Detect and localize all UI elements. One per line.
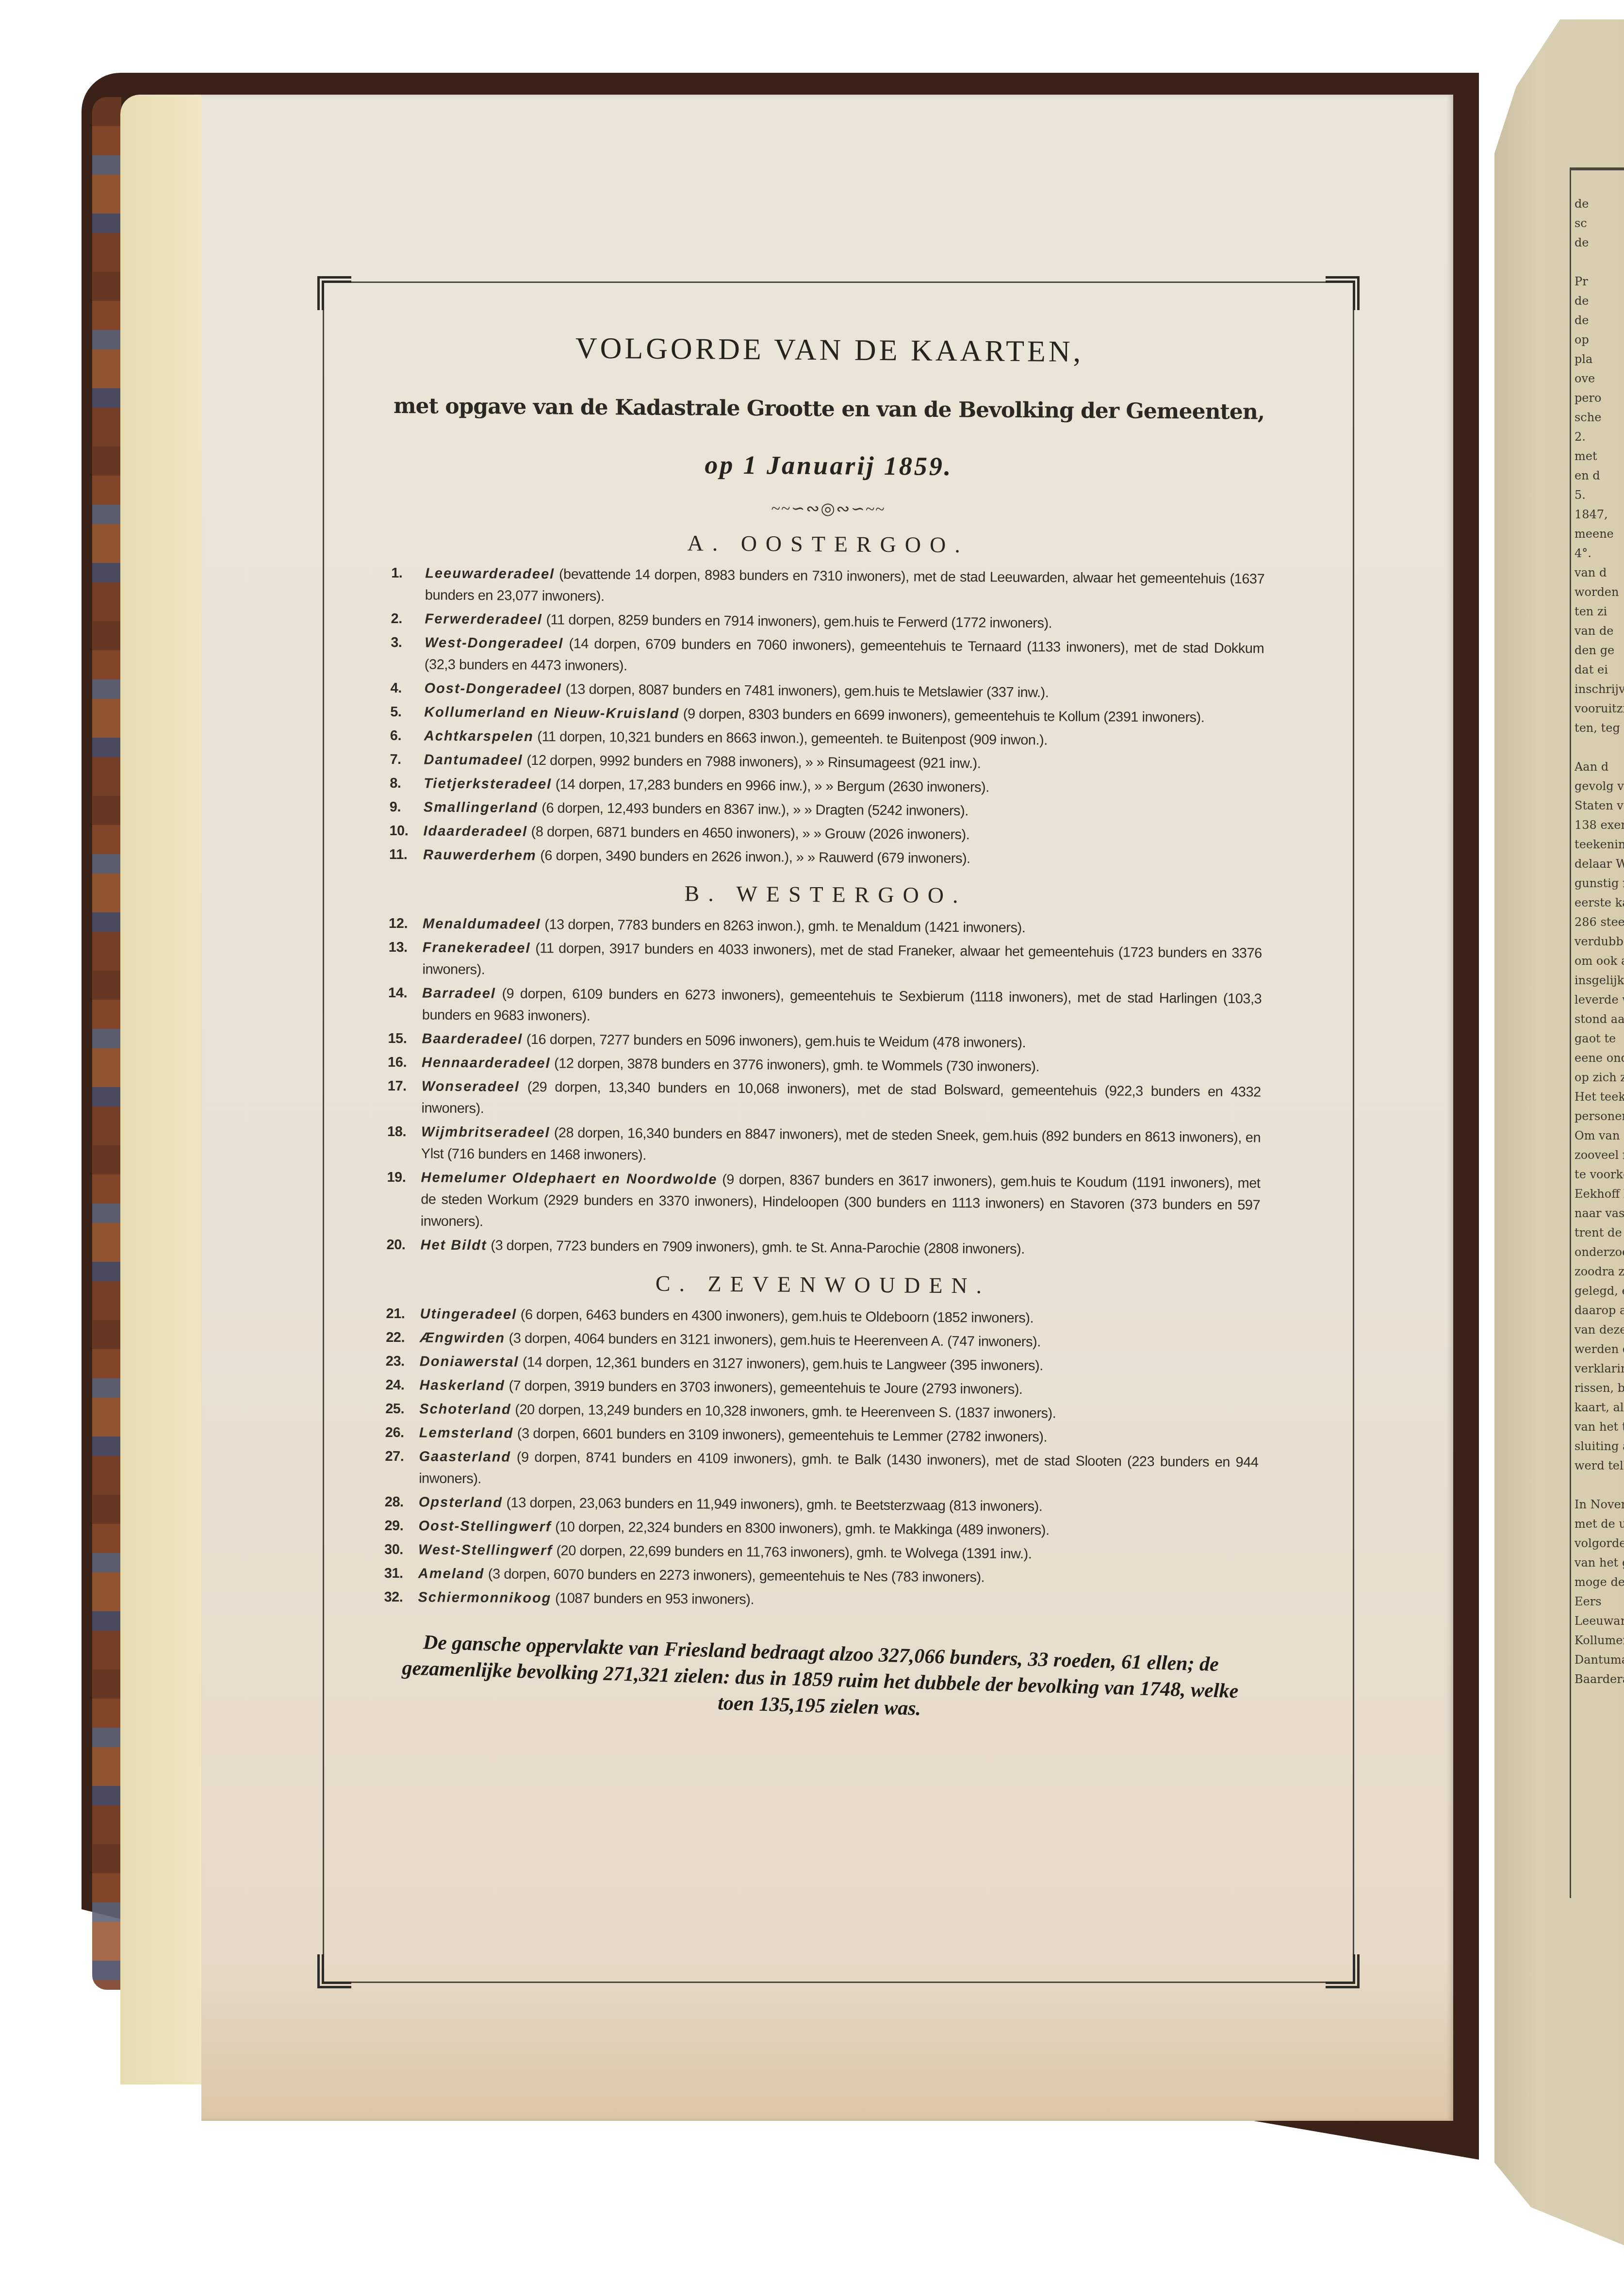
right-page-line: delaar W bbox=[1575, 854, 1624, 874]
entry-details: (12 dorpen, 9992 bunders en 7988 inwoner… bbox=[523, 753, 981, 772]
entry-body: Schoterland (20 dorpen, 13,249 bunders e… bbox=[419, 1398, 1259, 1426]
entry-number: 11. bbox=[389, 844, 423, 866]
entry-details: (7 dorpen, 3919 bunders en 3703 inwoners… bbox=[505, 1378, 1023, 1397]
entry-number: 12. bbox=[389, 913, 423, 935]
right-page-line: de bbox=[1575, 311, 1624, 330]
municipality-name: Menaldumadeel bbox=[423, 916, 541, 932]
summary-paragraph: De gansche oppervlakte van Friesland bed… bbox=[382, 1628, 1258, 1731]
entry-body: Lemsterland (3 dorpen, 6601 bunders en 3… bbox=[419, 1422, 1259, 1450]
right-page-line: onderzoek bbox=[1575, 1242, 1624, 1262]
entry-body: Leeuwarderadeel (bevattende 14 dorpen, 8… bbox=[425, 562, 1265, 612]
entry-body: Rauwerderhem (6 dorpen, 3490 bunders en … bbox=[423, 844, 1263, 872]
list-item: 26.Lemsterland (3 dorpen, 6601 bunders e… bbox=[385, 1422, 1259, 1450]
right-page-line: trent de e bbox=[1575, 1223, 1624, 1242]
entry-number: 22. bbox=[386, 1327, 420, 1349]
list-item: 11.Rauwerderhem (6 dorpen, 3490 bunders … bbox=[389, 844, 1263, 872]
right-page-line: Aan d bbox=[1575, 757, 1624, 777]
right-page-line: van het te bbox=[1575, 1417, 1624, 1437]
entry-details: (20 dorpen, 13,249 bunders en 10,328 inw… bbox=[511, 1402, 1056, 1421]
list-item: 21.Utingeradeel (6 dorpen, 6463 bunders … bbox=[386, 1303, 1259, 1331]
list-item: 16.Hennaarderadeel (12 dorpen, 3878 bund… bbox=[388, 1052, 1261, 1080]
entry-number: 1. bbox=[391, 562, 426, 606]
entry-body: Haskerland (7 dorpen, 3919 bunders en 37… bbox=[419, 1374, 1259, 1402]
right-page-line: de bbox=[1575, 291, 1624, 311]
municipality-name: Dantumadeel bbox=[424, 752, 523, 768]
municipality-name: Ængwirden bbox=[420, 1330, 505, 1346]
list-item: 1.Leeuwarderadeel (bevattende 14 dorpen,… bbox=[391, 562, 1265, 612]
right-page-line: om ook a bbox=[1575, 951, 1624, 971]
municipality-name: Gaasterland bbox=[419, 1449, 511, 1465]
right-page-line: vooruitzi bbox=[1575, 699, 1624, 718]
list-item: 28.Opsterland (13 dorpen, 23,063 bunders… bbox=[385, 1491, 1258, 1520]
municipality-name: Leeuwarderadeel bbox=[425, 565, 555, 582]
right-page-line: dat ei bbox=[1575, 660, 1624, 679]
right-page-line: pla bbox=[1575, 349, 1624, 369]
right-page-line: moge de volg bbox=[1575, 1572, 1624, 1592]
entry-number: 9. bbox=[390, 796, 424, 818]
entry-body: Oost-Stellingwerf (10 dorpen, 22,324 bun… bbox=[418, 1515, 1258, 1543]
right-page-line: sche bbox=[1575, 408, 1624, 427]
right-page-line: gelegd, en bbox=[1575, 1281, 1624, 1301]
right-page-line: naar vaste bbox=[1575, 1204, 1624, 1223]
right-page-line: 138 exen bbox=[1575, 815, 1624, 835]
entry-number: 2. bbox=[391, 608, 425, 630]
municipality-name: Rauwerderhem bbox=[423, 847, 537, 863]
entry-details: (3 dorpen, 7723 bunders en 7909 inwoners… bbox=[487, 1238, 1025, 1257]
right-page-line: gaot te bbox=[1575, 1029, 1624, 1048]
entry-number: 7. bbox=[390, 749, 424, 771]
entry-details: (16 dorpen, 7277 bunders en 5096 inwoner… bbox=[523, 1032, 1026, 1051]
right-page-line: van deze, bbox=[1575, 1320, 1624, 1339]
municipality-name: Het Bildt bbox=[420, 1237, 487, 1253]
entry-details: (13 dorpen, 8087 bunders en 7481 inwoner… bbox=[562, 681, 1049, 700]
right-page-line: met bbox=[1575, 446, 1624, 466]
right-page-line: eene onder bbox=[1575, 1048, 1624, 1068]
entry-number: 19. bbox=[387, 1167, 421, 1232]
list-item: 22.Ængwirden (3 dorpen, 4064 bunders en … bbox=[386, 1327, 1259, 1355]
entry-body: Oost-Dongeradeel (13 dorpen, 8087 bunder… bbox=[424, 677, 1263, 705]
right-page-line: Eers bbox=[1575, 1592, 1624, 1611]
municipality-name: Ameland bbox=[418, 1566, 485, 1582]
municipality-name: Baarderadeel bbox=[422, 1031, 523, 1047]
right-page-line: gevolg v bbox=[1575, 777, 1624, 796]
entry-body: Hennaarderadeel (12 dorpen, 3878 bunders… bbox=[422, 1052, 1261, 1079]
entry-number: 28. bbox=[385, 1491, 419, 1513]
right-page-line: eerste ka bbox=[1575, 893, 1624, 912]
right-page-line: 1847, bbox=[1575, 505, 1624, 524]
municipality-name: Haskerland bbox=[419, 1377, 505, 1393]
right-page-line: 286 steeg bbox=[1575, 912, 1624, 932]
list-item: 30.West-Stellingwerf (20 dorpen, 22,699 … bbox=[384, 1539, 1258, 1567]
right-page-line: gunstig m bbox=[1575, 874, 1624, 893]
frame-corner-ornament-icon bbox=[317, 1954, 351, 1988]
entry-number: 13. bbox=[388, 937, 423, 980]
right-page-line: personen, bbox=[1575, 1107, 1624, 1126]
right-page-line: Eekhoff be bbox=[1575, 1184, 1624, 1204]
right-page-line: zoodra ze bbox=[1575, 1262, 1624, 1281]
entry-number: 30. bbox=[384, 1539, 418, 1561]
list-item: 15.Baarderadeel (16 dorpen, 7277 bunders… bbox=[388, 1028, 1261, 1056]
entry-details: (9 dorpen, 8303 bunders en 6699 inwoners… bbox=[679, 706, 1204, 726]
entry-number: 14. bbox=[388, 982, 423, 1026]
entry-body: Schiermonnikoog (1087 bunders en 953 inw… bbox=[418, 1586, 1257, 1614]
divider-ornament-icon: ~~∽∾◎∾∽~~ bbox=[392, 496, 1265, 522]
entry-number: 21. bbox=[386, 1303, 420, 1325]
right-page-line: In Novem bbox=[1575, 1495, 1624, 1514]
right-page-line bbox=[1575, 738, 1624, 757]
municipality-name: Barradeel bbox=[422, 985, 496, 1001]
entry-body: Franekeradeel (11 dorpen, 3917 bunders e… bbox=[422, 937, 1262, 986]
entry-number: 4. bbox=[390, 677, 424, 699]
right-page-line: Dantumadeel bbox=[1575, 1650, 1624, 1669]
right-page-line: meene bbox=[1575, 524, 1624, 544]
municipality-name: Doniawerstal bbox=[420, 1354, 519, 1370]
entry-number: 16. bbox=[388, 1052, 422, 1074]
entry-number: 26. bbox=[385, 1422, 419, 1444]
right-page-line: Om van d bbox=[1575, 1126, 1624, 1145]
entry-details: (1087 bunders en 953 inwoners). bbox=[551, 1590, 754, 1607]
right-page-line: de bbox=[1575, 194, 1624, 214]
right-page-line: verklaringen bbox=[1575, 1359, 1624, 1378]
entry-body: Utingeradeel (6 dorpen, 6463 bunders en … bbox=[420, 1303, 1259, 1331]
municipality-name: West-Dongeradeel bbox=[425, 635, 563, 651]
entry-number: 3. bbox=[391, 632, 425, 676]
list-item: 8.Tietjerksteradeel (14 dorpen, 17,283 b… bbox=[390, 773, 1263, 801]
page-subtitle: met opgave van de Kadastrale Grootte en … bbox=[392, 394, 1265, 425]
list-item: 9.Smallingerland (6 dorpen, 12,493 bunde… bbox=[390, 796, 1263, 825]
right-page-line: werd telken bbox=[1575, 1456, 1624, 1475]
list-item: 14.Barradeel (9 dorpen, 6109 bunders en … bbox=[388, 982, 1262, 1032]
right-page-line: Kollumerland bbox=[1575, 1631, 1624, 1650]
entry-number: 6. bbox=[390, 725, 424, 747]
list-item: 13.Franekeradeel (11 dorpen, 3917 bunder… bbox=[388, 937, 1262, 987]
entry-details: (12 dorpen, 3878 bunders en 3776 inwoner… bbox=[550, 1056, 1039, 1074]
list-item: 23.Doniawerstal (14 dorpen, 12,361 bunde… bbox=[386, 1351, 1259, 1379]
entry-details: (9 dorpen, 6109 bunders en 6273 inwoners… bbox=[422, 986, 1262, 1024]
list-item: 24.Haskerland (7 dorpen, 3919 bunders en… bbox=[385, 1374, 1259, 1403]
right-page-line: sluiting aan bbox=[1575, 1437, 1624, 1456]
right-page-line: den ge bbox=[1575, 641, 1624, 660]
right-page-line: 2. bbox=[1575, 427, 1624, 446]
entry-details: (3 dorpen, 4064 bunders en 3121 inwoners… bbox=[505, 1331, 1041, 1350]
entry-list: 1.Leeuwarderadeel (bevattende 14 dorpen,… bbox=[389, 562, 1264, 872]
entry-details: (14 dorpen, 17,283 bunders en 9966 inw.)… bbox=[552, 777, 989, 795]
right-page-line: Baarderadeel bbox=[1575, 1669, 1624, 1689]
entry-body: Wijmbritseradeel (28 dorpen, 16,340 bund… bbox=[421, 1121, 1261, 1171]
municipality-name: Schoterland bbox=[419, 1401, 511, 1417]
entry-details: (6 dorpen, 12,493 bunders en 8367 inw.),… bbox=[538, 800, 968, 819]
entry-number: 5. bbox=[390, 701, 424, 723]
entry-body: Tietjerksteradeel (14 dorpen, 17,283 bun… bbox=[424, 773, 1263, 800]
list-item: 10.Idaarderadeel (8 dorpen, 6871 bunders… bbox=[389, 820, 1263, 848]
right-page-line: stond aan bbox=[1575, 1009, 1624, 1029]
municipality-name: Schiermonnikoog bbox=[418, 1589, 551, 1606]
right-page-line: 4°. bbox=[1575, 544, 1624, 563]
entry-number: 23. bbox=[386, 1351, 420, 1372]
list-item: 12.Menaldumadeel (13 dorpen, 7783 bunder… bbox=[389, 913, 1262, 941]
right-page-line: sc bbox=[1575, 214, 1624, 233]
municipality-name: Franekeradeel bbox=[423, 940, 531, 956]
entry-body: Barradeel (9 dorpen, 6109 bunders en 627… bbox=[422, 982, 1262, 1032]
entry-body: West-Dongeradeel (14 dorpen, 6709 bunder… bbox=[425, 632, 1264, 681]
municipality-name: Utingeradeel bbox=[420, 1306, 517, 1322]
entry-details: (11 dorpen, 3917 bunders en 4033 inwoner… bbox=[422, 941, 1262, 977]
entry-body: Kollumerland en Nieuw-Kruisland (9 dorpe… bbox=[424, 701, 1263, 729]
entry-number: 31. bbox=[384, 1563, 418, 1585]
entry-details: (11 dorpen, 10,321 bunders en 8663 inwon… bbox=[534, 729, 1048, 748]
list-item: 19.Hemelumer Oldephaert en Noordwolde (9… bbox=[387, 1167, 1261, 1239]
right-page-line: verdubbel bbox=[1575, 932, 1624, 951]
right-page-line: ten, teg bbox=[1575, 718, 1624, 738]
entry-number: 17. bbox=[387, 1075, 422, 1119]
frame-corner-ornament-icon bbox=[1326, 276, 1360, 310]
right-page-line: rissen, bev bbox=[1575, 1378, 1624, 1398]
entry-body: Achtkarspelen (11 dorpen, 10,321 bunders… bbox=[424, 725, 1263, 753]
entry-number: 32. bbox=[384, 1586, 418, 1608]
right-page-line: insgelijks bbox=[1575, 971, 1624, 990]
list-item: 7.Dantumadeel (12 dorpen, 9992 bunders e… bbox=[390, 749, 1263, 777]
entry-body: Baarderadeel (16 dorpen, 7277 bunders en… bbox=[422, 1028, 1261, 1056]
section-heading: B. WESTERGOO. bbox=[389, 878, 1262, 910]
municipality-name: West-Stellingwerf bbox=[418, 1542, 553, 1558]
right-page-line: pero bbox=[1575, 388, 1624, 408]
right-page-line: van het getal bbox=[1575, 1553, 1624, 1572]
right-page-line: worden bbox=[1575, 582, 1624, 602]
municipality-name: Achtkarspelen bbox=[424, 728, 534, 744]
entry-body: West-Stellingwerf (20 dorpen, 22,699 bun… bbox=[418, 1539, 1258, 1567]
municipality-name: Lemsterland bbox=[419, 1425, 514, 1441]
entry-number: 15. bbox=[388, 1028, 422, 1050]
right-page-line: op zich ze bbox=[1575, 1068, 1624, 1087]
list-item: 5.Kollumerland en Nieuw-Kruisland (9 dor… bbox=[390, 701, 1263, 729]
right-page-line: werden de bbox=[1575, 1339, 1624, 1359]
entry-number: 25. bbox=[385, 1398, 419, 1420]
marbled-board-edge bbox=[92, 97, 121, 1990]
municipality-name: Hemelumer Oldephaert en Noordwolde bbox=[421, 1170, 717, 1187]
page-date: op 1 Januarij 1859. bbox=[392, 447, 1265, 484]
right-page-line: Het teek bbox=[1575, 1087, 1624, 1107]
entry-body: Dantumadeel (12 dorpen, 9992 bunders en … bbox=[424, 749, 1263, 777]
municipality-name: Opsterland bbox=[419, 1494, 503, 1510]
flyleaf bbox=[120, 95, 208, 2084]
list-item: 18.Wijmbritseradeel (28 dorpen, 16,340 b… bbox=[387, 1121, 1261, 1171]
entry-number: 10. bbox=[389, 820, 423, 842]
right-page-line: te voorkon bbox=[1575, 1165, 1624, 1184]
right-page-line: kaart, als bbox=[1575, 1398, 1624, 1417]
list-item: 4.Oost-Dongeradeel (13 dorpen, 8087 bund… bbox=[390, 677, 1263, 706]
entry-body: Opsterland (13 dorpen, 23,063 bunders en… bbox=[419, 1491, 1258, 1519]
entry-body: Doniawerstal (14 dorpen, 12,361 bunders … bbox=[420, 1351, 1259, 1378]
entry-body: Ængwirden (3 dorpen, 4064 bunders en 312… bbox=[420, 1327, 1259, 1355]
municipality-name: Oost-Stellingwerf bbox=[418, 1518, 551, 1535]
entry-details: (11 dorpen, 8259 bunders en 7914 inwoner… bbox=[542, 612, 1052, 631]
right-page-line: daarop aa bbox=[1575, 1301, 1624, 1320]
entry-details: (10 dorpen, 22,324 bunders en 8300 inwon… bbox=[551, 1519, 1049, 1538]
list-item: 27.Gaasterland (9 dorpen, 8741 bunders e… bbox=[385, 1446, 1259, 1496]
right-page-line: Staten v bbox=[1575, 796, 1624, 815]
entry-body: Hemelumer Oldephaert en Noordwolde (9 do… bbox=[421, 1167, 1261, 1238]
right-page-line: de bbox=[1575, 233, 1624, 252]
right-page-line: op bbox=[1575, 330, 1624, 349]
right-page-line: en d bbox=[1575, 466, 1624, 485]
right-page-line: volgorde en bbox=[1575, 1534, 1624, 1553]
list-item: 31.Ameland (3 dorpen, 6070 bunders en 22… bbox=[384, 1563, 1258, 1591]
entry-details: (29 dorpen, 13,340 bunders en 10,068 inw… bbox=[421, 1079, 1261, 1116]
entry-body: Ferwerderadeel (11 dorpen, 8259 bunders … bbox=[425, 608, 1264, 636]
entry-number: 29. bbox=[384, 1515, 418, 1537]
page-content: VOLGORDE VAN DE KAARTEN, met opgave van … bbox=[383, 311, 1266, 1722]
entry-body: Ameland (3 dorpen, 6070 bunders en 2273 … bbox=[418, 1563, 1258, 1590]
right-page-line: inschrijv bbox=[1575, 679, 1624, 699]
entry-body: Smallingerland (6 dorpen, 12,493 bunders… bbox=[424, 796, 1263, 824]
list-item: 29.Oost-Stellingwerf (10 dorpen, 22,324 … bbox=[384, 1515, 1258, 1543]
right-page-line: van d bbox=[1575, 563, 1624, 582]
municipality-name: Idaarderadeel bbox=[423, 823, 527, 839]
entry-details: (14 dorpen, 12,361 bunders en 3127 inwon… bbox=[519, 1355, 1043, 1374]
list-item: 17.Wonseradeel (29 dorpen, 13,340 bunder… bbox=[387, 1075, 1261, 1125]
entry-number: 27. bbox=[385, 1446, 419, 1489]
entry-body: Wonseradeel (29 dorpen, 13,340 bunders e… bbox=[421, 1075, 1261, 1125]
right-page-line: Leeuwarder bbox=[1575, 1611, 1624, 1631]
entry-details: (3 dorpen, 6070 bunders en 2273 inwoners… bbox=[484, 1566, 984, 1585]
entry-details: (20 dorpen, 22,699 bunders en 11,763 inw… bbox=[553, 1543, 1032, 1562]
entry-details: (13 dorpen, 7783 bunders en 8263 inwon.)… bbox=[541, 917, 1026, 936]
municipality-name: Smallingerland bbox=[424, 799, 538, 816]
entry-body: Het Bildt (3 dorpen, 7723 bunders en 790… bbox=[420, 1234, 1260, 1262]
municipality-name: Wonseradeel bbox=[422, 1078, 520, 1094]
list-item: 32.Schiermonnikoog (1087 bunders en 953 … bbox=[384, 1586, 1257, 1615]
entry-details: (8 dorpen, 6871 bunders en 4650 inwoners… bbox=[527, 824, 969, 843]
right-page-line: 5. bbox=[1575, 485, 1624, 505]
right-page-text: descdePrdedeopplaoveperosche2.meten d5.1… bbox=[1575, 194, 1624, 1689]
municipality-name: Tietjerksteradeel bbox=[424, 776, 552, 792]
right-page-line: ten zi bbox=[1575, 602, 1624, 621]
right-page-line: Pr bbox=[1575, 272, 1624, 291]
entry-body: Menaldumadeel (13 dorpen, 7783 bunders e… bbox=[423, 913, 1262, 941]
entry-list: 21.Utingeradeel (6 dorpen, 6463 bunders … bbox=[384, 1303, 1259, 1615]
right-page-line: zooveel m bbox=[1575, 1145, 1624, 1165]
sections: A. OOSTERGOO.1.Leeuwarderadeel (bevatten… bbox=[384, 528, 1264, 1615]
municipality-name: Hennaarderadeel bbox=[422, 1055, 551, 1071]
frame-corner-ornament-icon bbox=[317, 276, 351, 310]
entry-number: 8. bbox=[390, 773, 424, 794]
municipality-name: Kollumerland en Nieuw-Kruisland bbox=[424, 704, 679, 722]
entry-details: (3 dorpen, 6601 bunders en 3109 inwoners… bbox=[513, 1426, 1047, 1445]
entry-details: (6 dorpen, 6463 bunders en 4300 inwoners… bbox=[517, 1307, 1033, 1326]
frame-corner-ornament-icon bbox=[1326, 1954, 1360, 1988]
entry-list: 12.Menaldumadeel (13 dorpen, 7783 bunder… bbox=[386, 913, 1262, 1262]
list-item: 2.Ferwerderadeel (11 dorpen, 8259 bunder… bbox=[391, 608, 1264, 636]
right-page-line: ove bbox=[1575, 369, 1624, 388]
entry-body: Idaarderadeel (8 dorpen, 6871 bunders en… bbox=[423, 820, 1263, 848]
entry-number: 18. bbox=[387, 1121, 422, 1165]
municipality-name: Ferwerderadeel bbox=[425, 611, 542, 628]
list-item: 3.West-Dongeradeel (14 dorpen, 6709 bund… bbox=[391, 632, 1264, 682]
right-page-line: met de uitg bbox=[1575, 1514, 1624, 1534]
municipality-name: Oost-Dongeradeel bbox=[424, 680, 562, 697]
right-page-line bbox=[1575, 252, 1624, 272]
right-page-line: leverde w bbox=[1575, 990, 1624, 1009]
section-heading: A. OOSTERGOO. bbox=[392, 528, 1265, 560]
page-title: VOLGORDE VAN DE KAARTEN, bbox=[393, 330, 1266, 371]
list-item: 25.Schoterland (20 dorpen, 13,249 bunder… bbox=[385, 1398, 1259, 1426]
entry-details: (13 dorpen, 23,063 bunders en 11,949 inw… bbox=[503, 1495, 1043, 1515]
entry-body: Gaasterland (9 dorpen, 8741 bunders en 4… bbox=[419, 1446, 1259, 1495]
entry-number: 20. bbox=[386, 1234, 420, 1256]
list-item: 20.Het Bildt (3 dorpen, 7723 bunders en … bbox=[386, 1234, 1260, 1262]
municipality-name: Wijmbritseradeel bbox=[421, 1124, 550, 1140]
right-page-line: teekening bbox=[1575, 835, 1624, 854]
entry-number: 24. bbox=[385, 1374, 419, 1396]
right-page-line bbox=[1575, 1475, 1624, 1495]
entry-details: (6 dorpen, 3490 bunders en 2626 inwon.),… bbox=[537, 848, 970, 866]
right-page-line: van de bbox=[1575, 621, 1624, 641]
entry-details: (9 dorpen, 8741 bunders en 4109 inwoners… bbox=[419, 1450, 1258, 1487]
section-heading: C. ZEVENWOUDEN. bbox=[386, 1269, 1260, 1301]
list-item: 6.Achtkarspelen (11 dorpen, 10,321 bunde… bbox=[390, 725, 1263, 753]
